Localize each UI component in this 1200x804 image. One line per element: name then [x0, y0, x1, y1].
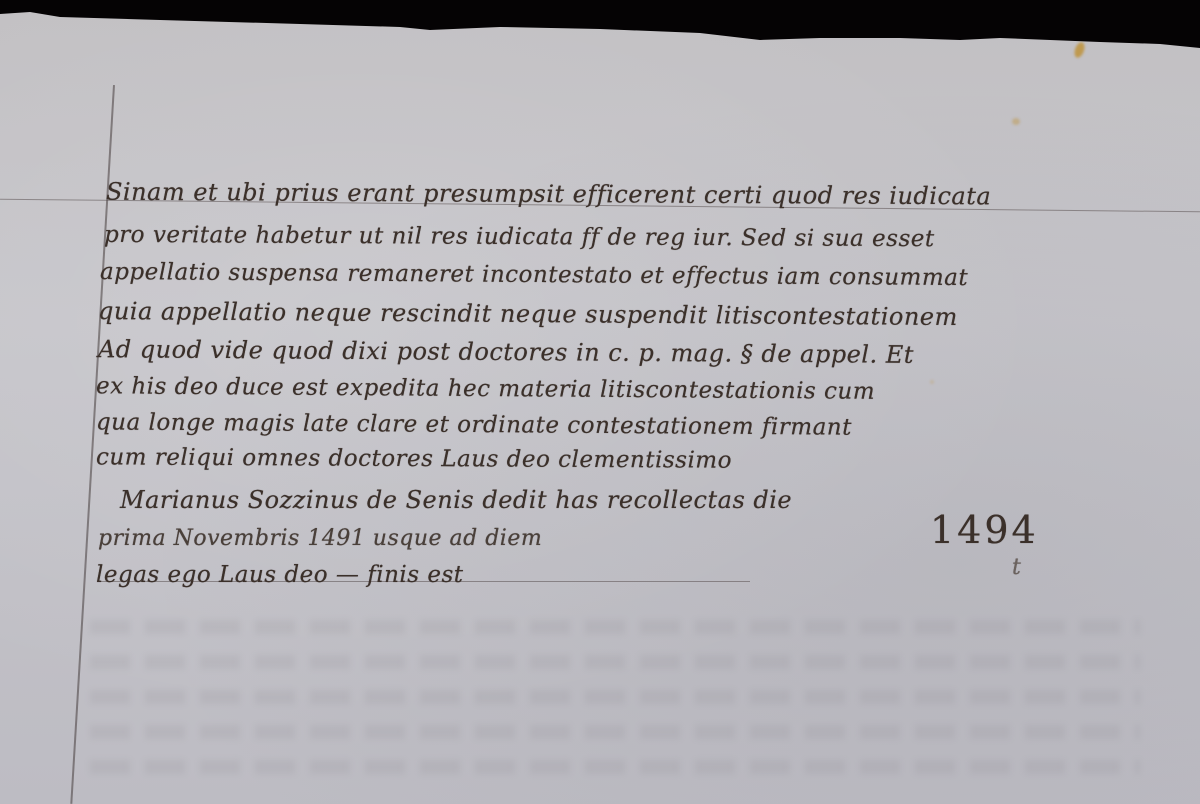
marginal-date: 1494 [930, 508, 1039, 552]
show-through [90, 760, 1140, 774]
foxing-stain [1073, 41, 1087, 59]
text-line-5: Ad quod vide quod dixi post doctores in … [98, 335, 914, 369]
text-line-9: Marianus Sozzinus de Senis dedit has rec… [120, 486, 792, 514]
text-line-7: qua longe magis late clare et ordinate c… [96, 409, 852, 440]
foxing-stain [1012, 118, 1020, 125]
show-through [90, 725, 1140, 739]
text-line-10: prima Novembris 1491 usque ad diem [98, 526, 542, 551]
show-through [90, 690, 1140, 704]
manuscript-page: Sinam et ubi prius erant presumpsit effi… [0, 0, 1200, 804]
text-line-11: legas ego Laus deo — finis est [96, 562, 464, 588]
text-line-2: pro veritate habetur ut nil res iudicata… [104, 222, 935, 252]
foxing-stain [930, 380, 934, 384]
text-line-6: ex his deo duce est expedita hec materia… [96, 373, 875, 404]
show-through [90, 655, 1140, 669]
marginal-mark: t [1012, 555, 1021, 580]
text-line-3: appellatio suspensa remaneret incontesta… [100, 259, 968, 291]
text-line-4: quia appellatio neque rescindit neque su… [98, 297, 958, 331]
text-line-1: Sinam et ubi prius erant presumpsit effi… [106, 178, 991, 211]
show-through [90, 620, 1140, 634]
text-line-8: cum reliqui omnes doctores Laus deo clem… [96, 444, 732, 473]
